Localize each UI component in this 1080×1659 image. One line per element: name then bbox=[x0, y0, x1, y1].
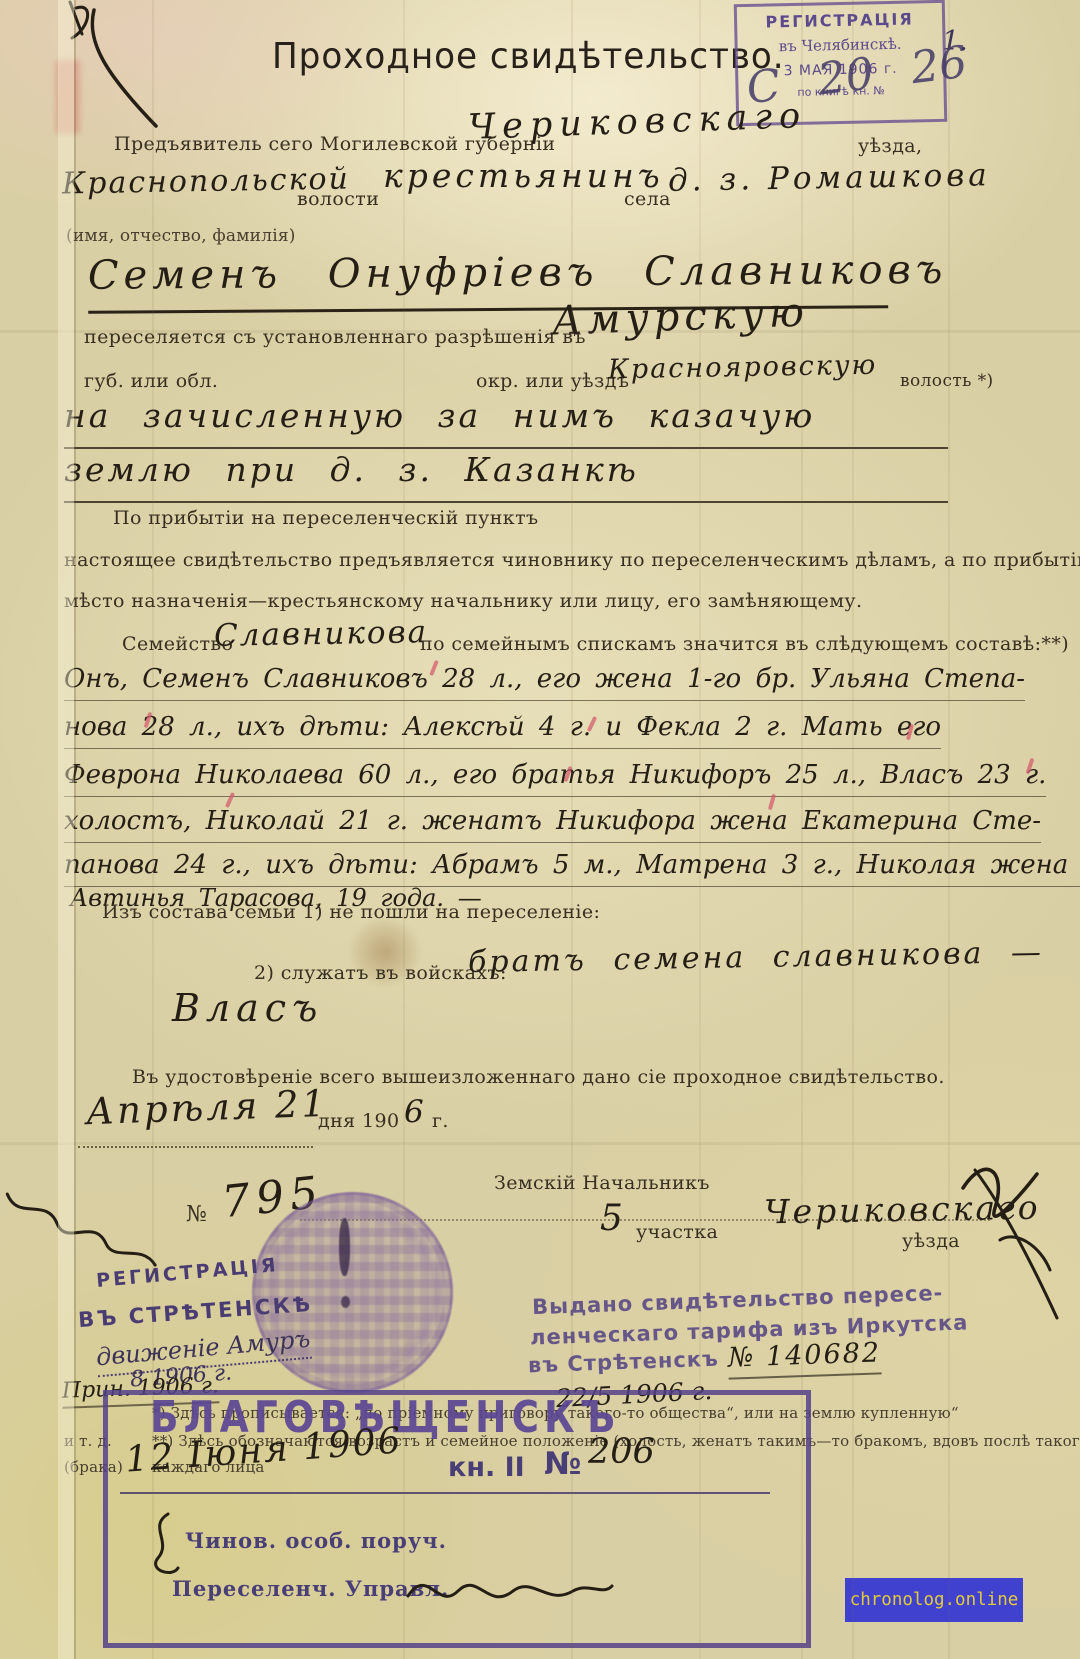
watermark-badge: chronolog.online bbox=[845, 1578, 1023, 1622]
blago-number-sign: № bbox=[544, 1446, 581, 1482]
official-title: Земскій Начальникъ bbox=[494, 1172, 710, 1194]
issue-year-digit: 6 bbox=[404, 1094, 424, 1130]
uchastok-number-hand: 5 bbox=[600, 1198, 623, 1239]
family-list-line: Онъ, Семенъ Славниковъ 28 л., его жена 1… bbox=[64, 664, 1025, 701]
resettle-hand-line-2: землю при д. з. Казанкѣ bbox=[64, 450, 948, 503]
blago-book: кн. II bbox=[448, 1452, 525, 1483]
page-title: Проходное свидѣтельство. bbox=[272, 36, 785, 77]
official-signature bbox=[945, 1150, 1070, 1325]
blago-official-signature bbox=[398, 1556, 618, 1626]
blago-line-1: Чинов. особ. поруч. bbox=[185, 1528, 447, 1553]
family-list-line: холостъ, Николай 21 г. женатъ Никифора ж… bbox=[64, 806, 1041, 843]
resettle-printed-2: губ. или обл. bbox=[84, 370, 218, 392]
resettle-hand-line-1: на зачисленную за нимъ казачую bbox=[64, 396, 948, 449]
resettle-printed-3: окр. или уѣздъ bbox=[476, 370, 629, 392]
arrival-line-2: настоящее свидѣтельство предъявляется чи… bbox=[64, 549, 1080, 571]
resettle-printed-1: переселяется съ установленнаго разрѣшені… bbox=[84, 326, 586, 348]
issue-year-suffix: г. bbox=[432, 1110, 449, 1132]
issue-date-hand: Апрѣля 21 bbox=[85, 1082, 328, 1133]
intro-hand-village: д. з. Ромашкова bbox=[668, 157, 991, 199]
intro-printed-4: села bbox=[624, 188, 671, 210]
intro-printed-2: уѣзда, bbox=[858, 135, 922, 157]
family-list-line: панова 24 г., ихъ дѣти: Абрамъ 5 м., Мат… bbox=[64, 850, 1080, 887]
intro-printed-3: волости bbox=[297, 188, 379, 210]
family-list-line: Феврона Николаева 60 л., его братья Ники… bbox=[64, 760, 1046, 797]
document-number-sign: № bbox=[186, 1202, 207, 1227]
document-page: Проходное свидѣтельство. 1. РЕГИСТРАЦІЯ … bbox=[0, 0, 1080, 1659]
ink-flourish bbox=[60, 0, 220, 135]
blago-rule bbox=[120, 1492, 770, 1494]
family-hand-surname: Славникова bbox=[214, 614, 429, 654]
intro-caption: (имя, отчество, фамилія) bbox=[66, 226, 296, 246]
uchastok-printed: участка bbox=[636, 1221, 718, 1243]
resettle-printed-4: волость *) bbox=[900, 371, 994, 391]
irkutsk-stamp-line-3: въ Стрѣтенскъ bbox=[528, 1347, 720, 1378]
blago-number: 206 bbox=[588, 1432, 655, 1472]
dotted-rule bbox=[78, 1146, 313, 1148]
family-list-line: нова 28 л., ихъ дѣти: Алексѣй 4 г. и Фек… bbox=[64, 712, 941, 749]
family-note-1: Изъ состава семьи 1) не пошли на пересел… bbox=[102, 901, 600, 923]
issue-date-printed: дня 190 bbox=[318, 1110, 399, 1132]
faded-red-stamp bbox=[56, 60, 80, 134]
intro-hand-estate: крестьянинъ bbox=[383, 156, 664, 195]
resettle-hand-volost: Краснояровскую bbox=[608, 350, 878, 386]
round-seal-stamp bbox=[252, 1192, 453, 1393]
family-printed-2: по семейнымъ спискамъ значится въ слѣдую… bbox=[420, 633, 1069, 655]
military-hand: братъ семена славникова — bbox=[468, 935, 1044, 980]
irkutsk-stamp-number: № 140682 bbox=[727, 1337, 881, 1379]
arrival-line-3: мѣсто назначенія—крестьянскому начальник… bbox=[64, 590, 862, 612]
arrival-line-1: По прибытіи на переселенческій пунктъ bbox=[113, 507, 538, 529]
watermark-text: chronolog.online bbox=[850, 1590, 1019, 1610]
resettle-hand-region: Амурскую bbox=[551, 290, 809, 345]
stamp-line: РЕГИСТРАЦІЯ bbox=[737, 9, 942, 32]
military-hand-name: Власъ bbox=[172, 986, 323, 1030]
intro-hand-uezd-name: Чериковскаго bbox=[467, 96, 807, 148]
